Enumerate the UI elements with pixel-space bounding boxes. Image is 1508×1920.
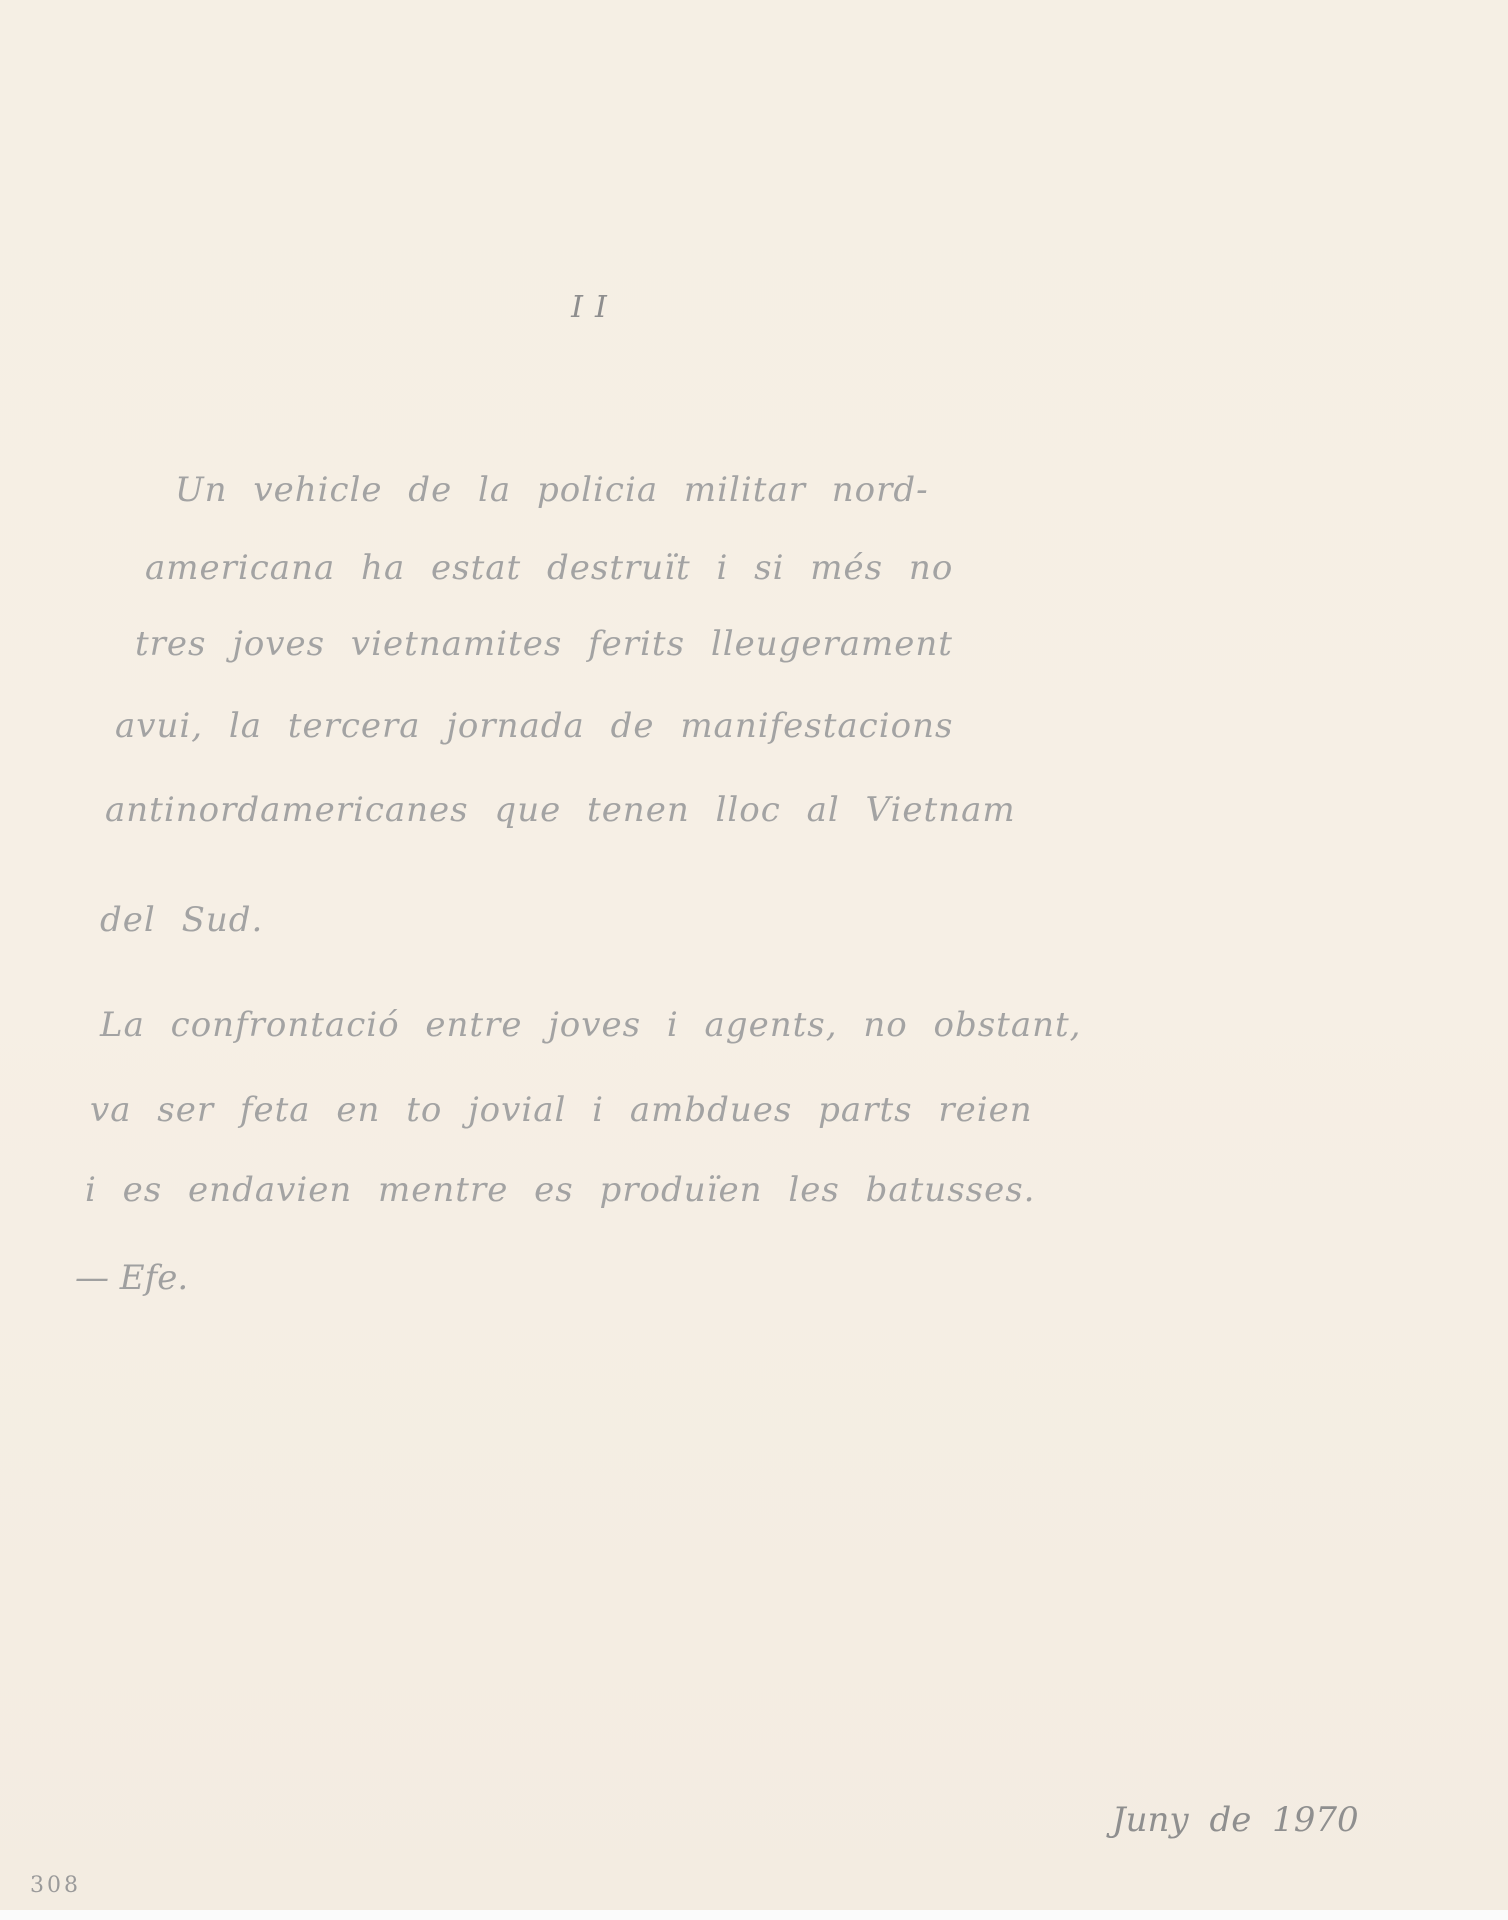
text-line: antinordamericanes que tenen lloc al Vie… — [105, 790, 1016, 830]
text-line: La confrontació entre joves i agents, no… — [100, 1005, 1081, 1045]
text-line: del Sud. — [100, 900, 263, 940]
text-line: i es endavien mentre es produïen les bat… — [85, 1170, 1035, 1210]
date-note: Juny de 1970 — [1112, 1800, 1359, 1840]
text-line: tres joves vietnamites ferits lleugerame… — [135, 624, 953, 664]
text-line: avui, la tercera jornada de manifestacio… — [115, 706, 953, 746]
text-line: Un vehicle de la policia militar nord- — [175, 470, 929, 510]
handwritten-page: II Un vehicle de la policia militar nord… — [0, 0, 1508, 1920]
text-line: va ser feta en to jovial i ambdues parts… — [90, 1090, 1033, 1130]
page-number: 308 — [30, 1873, 81, 1898]
news-agency-signature: — Efe. — [75, 1258, 188, 1298]
text-line: americana ha estat destruït i si més no — [145, 548, 953, 588]
section-numeral: II — [0, 290, 1190, 325]
